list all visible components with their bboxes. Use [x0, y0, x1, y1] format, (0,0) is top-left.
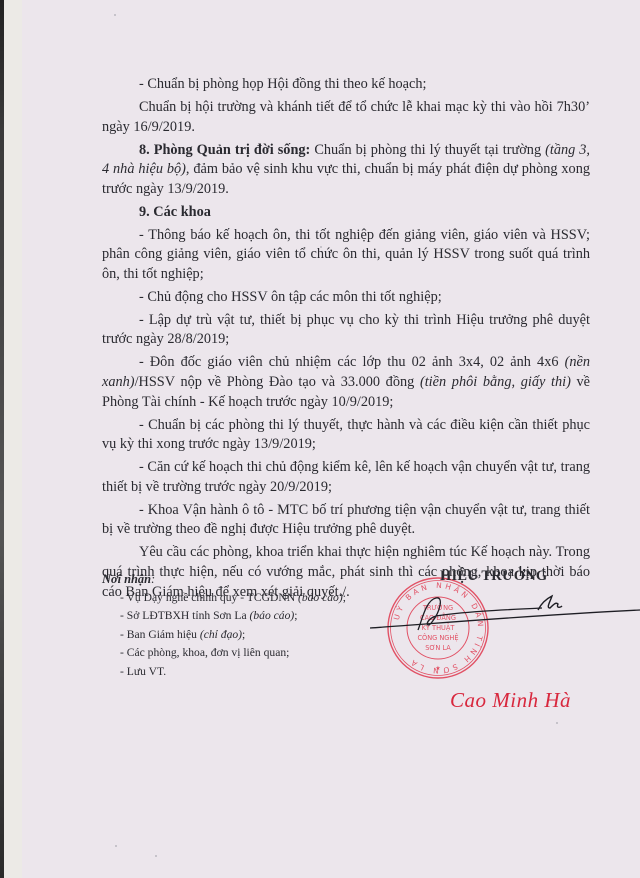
paragraph-p8: - Đôn đốc giáo viên chủ nhiệm các lớp th…	[102, 353, 590, 412]
text-run: /HSSV nộp về Phòng Đào tạo và 33.000 đồn…	[135, 374, 420, 390]
text-run: - Thông báo kế hoạch ôn, thi tốt nghiệp …	[102, 227, 590, 282]
text-run: - Khoa Vận hành ô tô - MTC bố trí phương…	[102, 502, 590, 538]
text-run: - Lập dự trù vật tư, thiết bị phục vụ ch…	[102, 312, 590, 348]
paragraph-p3: 8. Phòng Quản trị đời sống: Chuẩn bị phò…	[102, 141, 590, 200]
scan-speck	[115, 845, 117, 847]
signer-name: Cao Minh Hà	[450, 688, 571, 713]
text-run: 9. Các khoa	[139, 204, 211, 220]
paragraph-p7: - Lập dự trù vật tư, thiết bị phục vụ ch…	[102, 311, 590, 350]
text-run: - Chuẩn bị phòng họp Hội đồng thi theo k…	[139, 76, 427, 92]
paragraph-p4: 9. Các khoa	[102, 203, 590, 223]
scan-speck	[556, 722, 558, 724]
document-body: - Chuẩn bị phòng họp Hội đồng thi theo k…	[102, 75, 590, 606]
signatory-title: HIỆU TRƯỞNG	[440, 568, 547, 585]
recipient-item: - Các phòng, khoa, đơn vị liên quan;	[102, 644, 382, 663]
scan-speck	[320, 246, 322, 248]
recipient-item: - Lưu VT.	[102, 663, 382, 682]
scan-edge-margin	[4, 0, 22, 878]
text-run: - Đôn đốc giáo viên chủ nhiệm các lớp th…	[139, 354, 565, 370]
svg-text:★: ★	[435, 665, 440, 672]
paragraph-p9: - Chuẩn bị các phòng thi lý thuyết, thực…	[102, 416, 590, 455]
text-run: Chuẩn bị phòng thi lý thuyết tại trường	[310, 142, 545, 158]
handwritten-signature	[370, 590, 640, 650]
paragraph-p6: - Chủ động cho HSSV ôn tập các môn thi t…	[102, 288, 590, 308]
text-run: Chuẩn bị hội trường và khánh tiết để tổ …	[102, 99, 590, 135]
text-run: - Căn cứ kế hoạch thi chủ động kiểm kê, …	[102, 459, 590, 495]
recipients-heading: Nơi nhận:	[102, 570, 382, 589]
paragraph-p10: - Căn cứ kế hoạch thi chủ động kiểm kê, …	[102, 458, 590, 497]
paragraph-p2: Chuẩn bị hội trường và khánh tiết để tổ …	[102, 98, 590, 137]
recipients-list: - Vụ Dạy nghề chính quy - TCGDNN (báo cá…	[102, 589, 382, 682]
text-run: (tiền phôi bằng, giấy thi)	[420, 374, 571, 390]
recipients-block: Nơi nhận: - Vụ Dạy nghề chính quy - TCGD…	[102, 570, 382, 682]
recipient-item: - Vụ Dạy nghề chính quy - TCGDNN (báo cá…	[102, 589, 382, 608]
text-run: - Chuẩn bị các phòng thi lý thuyết, thực…	[102, 417, 590, 453]
scan-speck	[114, 14, 116, 16]
recipient-item: - Ban Giám hiệu (chỉ đạo);	[102, 626, 382, 645]
text-run: 8. Phòng Quản trị đời sống:	[139, 142, 310, 158]
paragraph-p5: - Thông báo kế hoạch ôn, thi tốt nghiệp …	[102, 226, 590, 285]
recipient-item: - Sở LĐTBXH tỉnh Sơn La (báo cáo);	[102, 607, 382, 626]
scan-speck	[155, 855, 157, 857]
text-run: - Chủ động cho HSSV ôn tập các môn thi t…	[139, 289, 442, 305]
paragraph-p1: - Chuẩn bị phòng họp Hội đồng thi theo k…	[102, 75, 590, 95]
paragraph-p11: - Khoa Vận hành ô tô - MTC bố trí phương…	[102, 501, 590, 540]
